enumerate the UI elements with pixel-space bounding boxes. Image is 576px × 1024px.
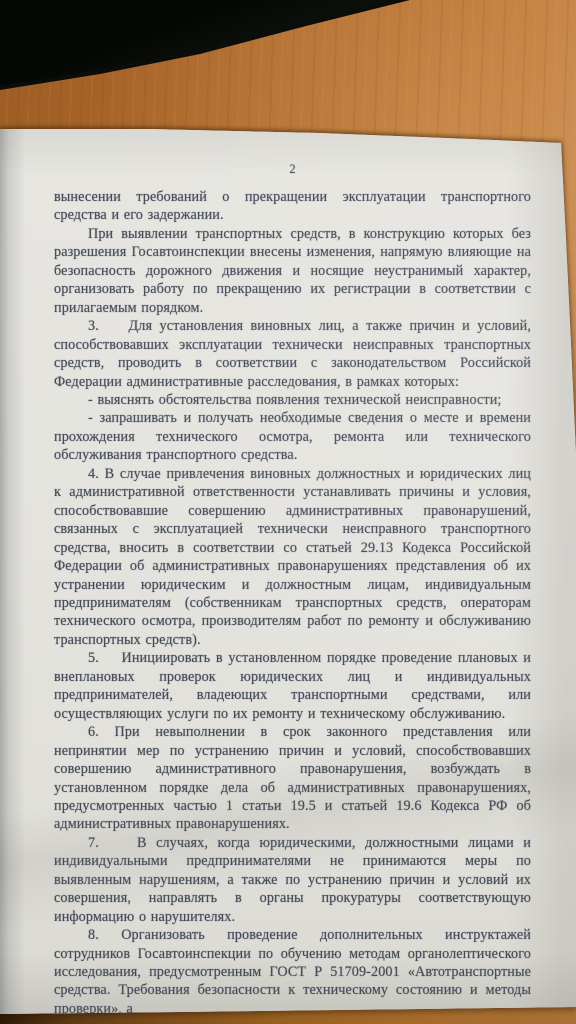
para-item-7: 7. В случаях, когда юридическими, должно… [54, 834, 531, 926]
para-item-3-sub-2: - запрашивать и получать необходимые све… [54, 409, 531, 464]
document-sheet-wrapper: 2 вынесении требований о прекращении экс… [0, 0, 576, 1024]
para-item-8: 8. Организовать проведение дополнительны… [54, 926, 531, 1018]
para-continuation: вынесении требований о прекращении экспл… [54, 188, 531, 225]
document-body: вынесении требований о прекращении экспл… [54, 188, 531, 1018]
para-item-6: 6. При невыполнении в срок законного пре… [54, 723, 531, 834]
page-number: 2 [54, 162, 531, 176]
para-item-3-sub-1: - выяснять обстоятельства появления техн… [54, 391, 531, 409]
para-item-5: 5. Инициировать в установленном порядке … [54, 649, 531, 723]
document-content: 2 вынесении требований о прекращении экс… [0, 129, 576, 1018]
photo-scene: 2 вынесении требований о прекращении экс… [0, 0, 576, 1024]
para-item-3: 3. Для установления виновных лиц, а такж… [54, 317, 531, 391]
document-sheet: 2 вынесении требований о прекращении экс… [0, 0, 576, 1024]
para-item-4: 4. В случае привлечения виновных должнос… [54, 465, 531, 650]
para-item-2: При выявлении транспортных средств, в ко… [54, 225, 531, 317]
